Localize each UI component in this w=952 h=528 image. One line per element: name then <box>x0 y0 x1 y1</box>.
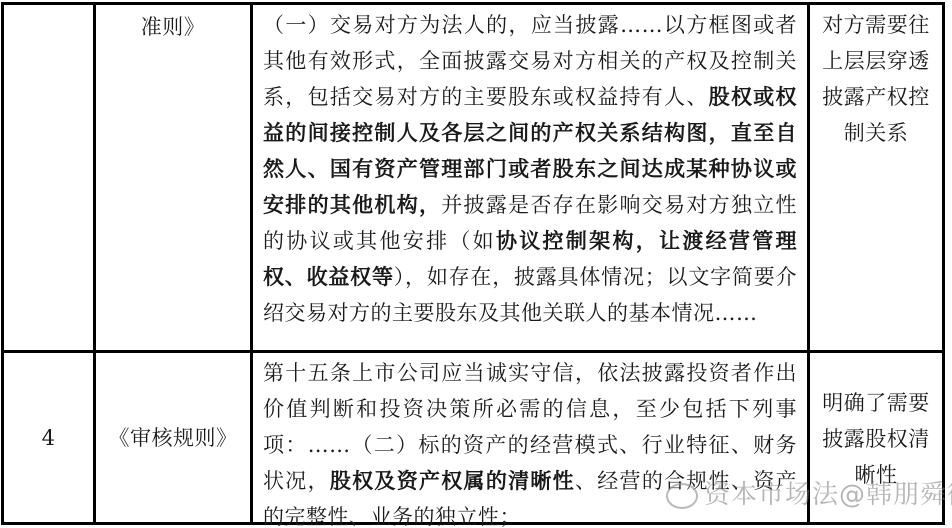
index-cell <box>4 5 96 350</box>
table-row: 准则》 （一）交易对方为法人的，应当披露……以方框图或者其他有效形式，全面披露交… <box>4 5 942 353</box>
regulation-table: 准则》 （一）交易对方为法人的，应当披露……以方框图或者其他有效形式，全面披露交… <box>1 2 945 525</box>
row-index: 4 <box>42 420 56 456</box>
watermark-text: 资本市场法@韩朋舜律师 <box>704 480 952 510</box>
source-name: 《审核规则》 <box>109 420 238 456</box>
source-cell: 《审核规则》 <box>96 353 253 522</box>
source-cell: 准则》 <box>96 5 253 350</box>
note-cell: 对方需要往上层层穿透披露产权控制关系 <box>810 5 942 350</box>
content-text: （一）交易对方为法人的，应当披露……以方框图或者其他有效形式，全面披露交易对方相… <box>253 5 807 331</box>
content-cell: （一）交易对方为法人的，应当披露……以方框图或者其他有效形式，全面披露交易对方相… <box>253 5 810 350</box>
content-segment-bold: 股权及资产权属的清晰性 <box>330 468 575 493</box>
watermark: 资本市场法@韩朋舜律师 <box>666 474 952 511</box>
source-name: 准则》 <box>96 5 250 45</box>
note-text: 对方需要往上层层穿透披露产权控制关系 <box>810 5 942 151</box>
index-cell: 4 <box>4 353 96 522</box>
wechat-icon <box>666 483 698 509</box>
